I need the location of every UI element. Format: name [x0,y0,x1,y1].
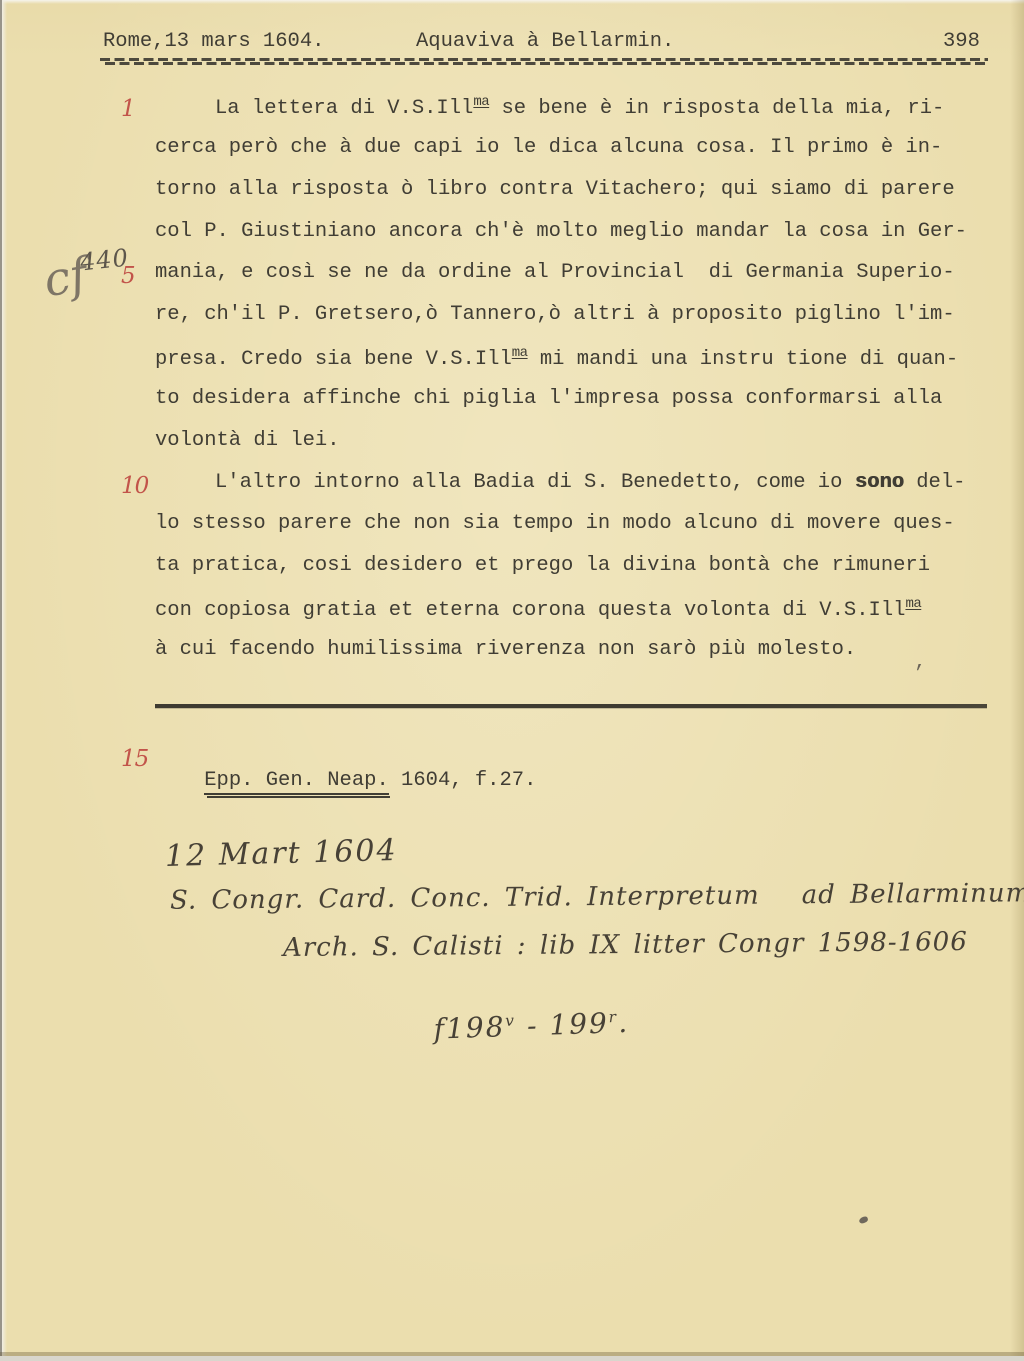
text-segment: to desidera affinche chi piglia l'impres… [155,387,942,410]
text-segment: volontà di lei. [155,429,340,452]
ink-speck [858,1216,869,1225]
superscript-abbreviation: ma [905,596,921,612]
text-segment: cerca però che à due capi io le dica alc… [155,136,942,159]
letter-line: 5mania, e così se ne da ordine al Provin… [155,261,995,303]
header-page-number: 398 [943,30,980,53]
letter-line: 10L'altro intorno alla Badia di S. Bened… [155,471,995,513]
superscript-abbreviation: ma [512,345,528,361]
handwritten-congregation-line: S. Congr. Card. Conc. Trid. Interpretuma… [170,878,1024,916]
text-segment: sono [855,471,904,494]
text-segment: à cui facendo humilissima riverenza non … [155,638,856,661]
text-segment: L'altro intorno alla Badia di S. Benedet… [215,471,855,494]
letter-line: to desidera affinche chi piglia l'impres… [155,387,995,429]
handwritten-archive-line: Arch. S. Calisti : lib IX litter Congr 1… [283,927,968,963]
text-segment: torno alla risposta ò libro contra Vitac… [155,178,955,201]
stray-apostrophe-mark: ’ [913,663,925,686]
letter-line: ta pratica, cosi desidero et prego la di… [155,554,995,596]
scan-edge-top [0,0,1024,4]
letter-line: 1La lettera di V.S.Illma se bene è in ri… [155,94,995,136]
text-segment: mania, e così se ne da ordine al Provinc… [155,261,955,284]
line-number: 10 [121,473,148,499]
text-segment: mi mandi una instru tione di quan- [528,348,959,371]
scan-edge-bottom-light [0,1356,1024,1361]
line-number: 15 [121,746,148,772]
citation-detail: 1604, f.27. [389,769,537,792]
letter-line: torno alla risposta ò libro contra Vitac… [155,178,995,220]
letter-line: à cui facendo humilissima riverenza non … [155,638,995,680]
letter-line: volontà di lei. [155,429,995,471]
text-segment: se bene è in risposta della mia, ri- [489,97,944,120]
text-segment: col P. Giustiniano ancora ch'è molto meg… [155,220,967,243]
line-number: 1 [121,96,135,122]
letter-line: re, ch'il P. Gretsero,ò Tannero,ò altri … [155,303,995,345]
scan-edge-right [1010,0,1024,1361]
text-segment: lo stesso parere che non sia tempo in mo… [155,512,955,535]
scan-edge-left-light [2,0,7,1361]
handwritten-congregation-part2: ad Bellarminum [802,878,1024,910]
letter-line: lo stesso parere che non sia tempo in mo… [155,512,995,554]
header-title: Aquaviva à Bellarmin. [416,30,674,53]
handwritten-congregation-part1: S. Congr. Card. Conc. Trid. Interpretum [170,881,760,916]
handwritten-date: 12 Mart 1604 [165,833,398,874]
text-segment: con copiosa gratia et eterna corona ques… [155,599,905,622]
letter-body: 1La lettera di V.S.Illma se bene è in ri… [155,94,995,680]
citation-line: 15Epp. Gen. Neap. 1604, f.27. [155,746,536,815]
letter-line: cerca però che à due capi io le dica alc… [155,136,995,178]
folio-superscript-v: v [505,1011,516,1029]
citation-source: Epp. Gen. Neap. [204,769,389,795]
letter-line: presa. Credo sia bene V.S.Illma mi mandi… [155,345,995,387]
scanned-letter-page: Rome,13 mars 1604. Aquaviva à Bellarmin.… [0,0,1024,1361]
text-segment: La lettera di V.S.Ill [215,97,473,120]
letter-line: con copiosa gratia et eterna corona ques… [155,596,995,638]
header-date: Rome,13 mars 1604. [103,30,324,53]
line-number: 5 [121,263,135,289]
letter-line: col P. Giustiniano ancora ch'è molto meg… [155,220,995,262]
folio-mid: - 199 [516,1007,610,1043]
header-dashed-rule [100,58,988,67]
text-segment: del- [904,471,966,494]
text-segment: re, ch'il P. Gretsero,ò Tannero,ò altri … [155,303,955,326]
superscript-abbreviation: ma [473,94,489,110]
folio-prefix: f198 [433,1010,506,1045]
text-segment: presa. Credo sia bene V.S.Ill [155,348,512,371]
separator-rule [155,704,987,708]
text-segment: ta pratica, cosi desidero et prego la di… [155,554,930,577]
handwritten-folio-line: f198v - 199r. [388,973,630,1080]
folio-end: . [618,1006,630,1039]
